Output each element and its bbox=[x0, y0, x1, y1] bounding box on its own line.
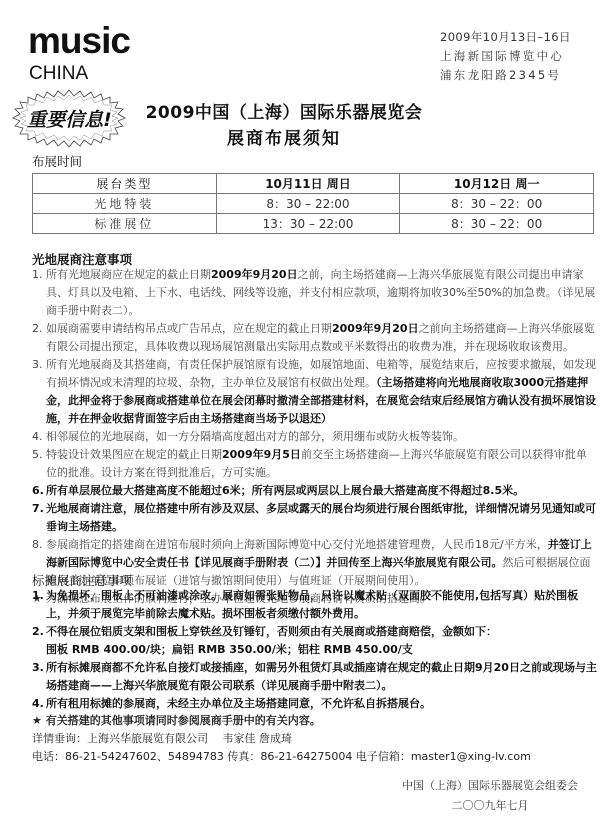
item-text: 为免损坏，围板上不可油漆或涂改。展商如需张贴物品，只许以魔术贴（双面胶不能使用,… bbox=[46, 587, 597, 623]
table-cell: 光地特装 bbox=[33, 194, 217, 214]
item-number: 8. bbox=[32, 536, 43, 554]
list-item: 6.所有单层展位最大搭建高度不能超过6米；所有两层或两层以上展台最大搭建高度不得… bbox=[32, 482, 597, 500]
item-text: 所有标摊展商都不允许私自接灯或接插座，如需另外租赁灯具或插座请在规定的截止日期9… bbox=[46, 659, 597, 695]
important-info-badge: 重要信息! bbox=[12, 88, 127, 148]
item-number: 6. bbox=[32, 482, 44, 500]
item-number: 3. bbox=[32, 659, 44, 677]
table-cell: 8：30 – 22：00 bbox=[400, 194, 594, 214]
table-header-row: 展台类型 10月11日 周日 10月12日 周一 bbox=[33, 174, 594, 194]
column-header: 10月12日 周一 bbox=[400, 174, 594, 194]
list-item: 1.所有光地展商应在规定的截止日期2009年9月20日之前，向主场搭建商—上海兴… bbox=[32, 266, 597, 320]
item-number: 1. bbox=[32, 587, 44, 605]
item-text: 相邻展位的光地展商，如一方分隔墙高度超出对方的部分，须用绷布或防火板等装饰。 bbox=[46, 428, 597, 446]
item-number: 1. bbox=[32, 266, 43, 284]
event-address: 浦东龙阳路2345号 bbox=[440, 66, 600, 85]
list-item: 4.相邻展位的光地展商，如一方分隔墙高度超出对方的部分，须用绷布或防火板等装饰。 bbox=[32, 428, 597, 446]
organizer-signature: 中国（上海）国际乐器展览会组委会 bbox=[385, 777, 595, 795]
logo-music: music bbox=[28, 22, 130, 59]
item-number: 5. bbox=[32, 446, 43, 464]
list-item: 3.所有标摊展商都不允许私自接灯或接插座，如需另外租赁灯具或插座请在规定的截止日… bbox=[32, 659, 597, 695]
item-text: 如展商需要申请结构吊点或广告吊点，应在规定的截止日期2009年9月20日之前向主… bbox=[46, 320, 597, 356]
item-text: 所有单层展位最大搭建高度不能超过6米；所有两层或两层以上展台最大搭建高度不得超过… bbox=[46, 482, 597, 500]
list-item: 4.所有租用标摊的参展商，未经主办单位及主场搭建同意，不允许私自拆搭展台。 bbox=[32, 695, 597, 713]
list-item: 2.不得在展位铝质支架和围板上穿铁丝及钉锤钉，否则须由有关展商或搭建商赔偿，金额… bbox=[32, 623, 597, 641]
list-item: 7.光地展商请注意，展位搭建中所有涉及双层、多层或露天的展台均须进行展台图纸审批… bbox=[32, 500, 597, 536]
event-venue: 上海新国际博览中心 bbox=[440, 47, 600, 66]
item-text: 围板 RMB 400.00/块；扁铝 RMB 350.00/米；铝柱 RMB 4… bbox=[46, 641, 597, 659]
table-cell: 8：30 – 22：00 bbox=[400, 214, 594, 234]
schedule-heading: 布展时间 bbox=[32, 152, 82, 170]
item-text: 光地展商请注意，展位搭建中所有涉及双层、多层或露天的展台均须进行展台图纸审批，详… bbox=[46, 500, 597, 536]
event-info: 2009年10月13日–16日 上海新国际博览中心 浦东龙阳路2345号 bbox=[440, 28, 600, 85]
item-number: 4. bbox=[32, 428, 43, 446]
shell-scheme-list: 1.为免损坏，围板上不可油漆或涂改。展商如需张贴物品，只许以魔术贴（双面胶不能使… bbox=[32, 587, 597, 713]
item-number: 4. bbox=[32, 695, 44, 713]
schedule-table: 展台类型 10月11日 周日 10月12日 周一 光地特装 8：30 – 22:… bbox=[32, 173, 594, 234]
table-row: 光地特装 8：30 – 22:00 8：30 – 22：00 bbox=[33, 194, 594, 214]
signature-date: 二〇〇九年七月 bbox=[385, 797, 595, 815]
footer-phones: 电话：86-21-54247602、54894783 传真：86-21-6427… bbox=[32, 748, 531, 766]
list-item: 1.为免损坏，围板上不可油漆或涂改。展商如需张贴物品，只许以魔术贴（双面胶不能使… bbox=[32, 587, 597, 623]
list-item: 2.如展商需要申请结构吊点或广告吊点，应在规定的截止日期2009年9月20日之前… bbox=[32, 320, 597, 356]
table-row: 标准展位 13：30 – 22:00 8：30 – 22：00 bbox=[33, 214, 594, 234]
table-cell: 8：30 – 22:00 bbox=[216, 194, 400, 214]
item-number: 3. bbox=[32, 356, 43, 374]
item-text: 所有光地展商应在规定的截止日期2009年9月20日之前，向主场搭建商—上海兴华旅… bbox=[46, 266, 597, 320]
event-dates: 2009年10月13日–16日 bbox=[440, 28, 600, 47]
list-item: 3.所有光地展商及其搭建商，有责任保护展馆原有设施，如展馆地面、电箱等，展览结束… bbox=[32, 356, 597, 428]
item-text: 所有租用标摊的参展商，未经主办单位及主场搭建同意，不允许私自拆搭展台。 bbox=[46, 695, 597, 713]
list-item: 5.特装设计效果图应在规定的截止日期2009年9月5日前交至主场搭建商—上海兴华… bbox=[32, 446, 597, 482]
page-title: 2009中国（上海）国际乐器展览会 bbox=[134, 98, 434, 123]
list-item: 围板 RMB 400.00/块；扁铝 RMB 350.00/米；铝柱 RMB 4… bbox=[32, 641, 597, 659]
item-number: 2. bbox=[32, 320, 43, 338]
item-text: 特装设计效果图应在规定的截止日期2009年9月5日前交至主场搭建商—上海兴华旅展… bbox=[46, 446, 597, 482]
badge-label: 重要信息! bbox=[12, 105, 127, 132]
table-cell: 13：30 – 22:00 bbox=[216, 214, 400, 234]
column-header: 10月11日 周日 bbox=[216, 174, 400, 194]
item-text: 所有光地展商及其搭建商，有责任保护展馆原有设施，如展馆地面、电箱等，展览结束后，… bbox=[46, 356, 597, 428]
page-subtitle: 展商布展须知 bbox=[134, 124, 434, 149]
space-only-list: 1.所有光地展商应在规定的截止日期2009年9月20日之前，向主场搭建商—上海兴… bbox=[32, 266, 597, 608]
item-number: 2. bbox=[32, 623, 44, 641]
footer-note: ★ 有关搭建的其他事项请同时参阅展商手册中的有关内容。 bbox=[32, 712, 321, 730]
logo-china: CHINA bbox=[29, 64, 88, 83]
item-number: 7. bbox=[32, 500, 44, 518]
footer-contact: 详情垂询：上海兴华旅展览有限公司 韦家佳 詹成琦 bbox=[32, 730, 292, 748]
item-text: 不得在展位铝质支架和围板上穿铁丝及钉锤钉，否则须由有关展商或搭建商赔偿，金额如下… bbox=[46, 623, 597, 641]
column-header: 展台类型 bbox=[33, 174, 217, 194]
table-cell: 标准展位 bbox=[33, 214, 217, 234]
